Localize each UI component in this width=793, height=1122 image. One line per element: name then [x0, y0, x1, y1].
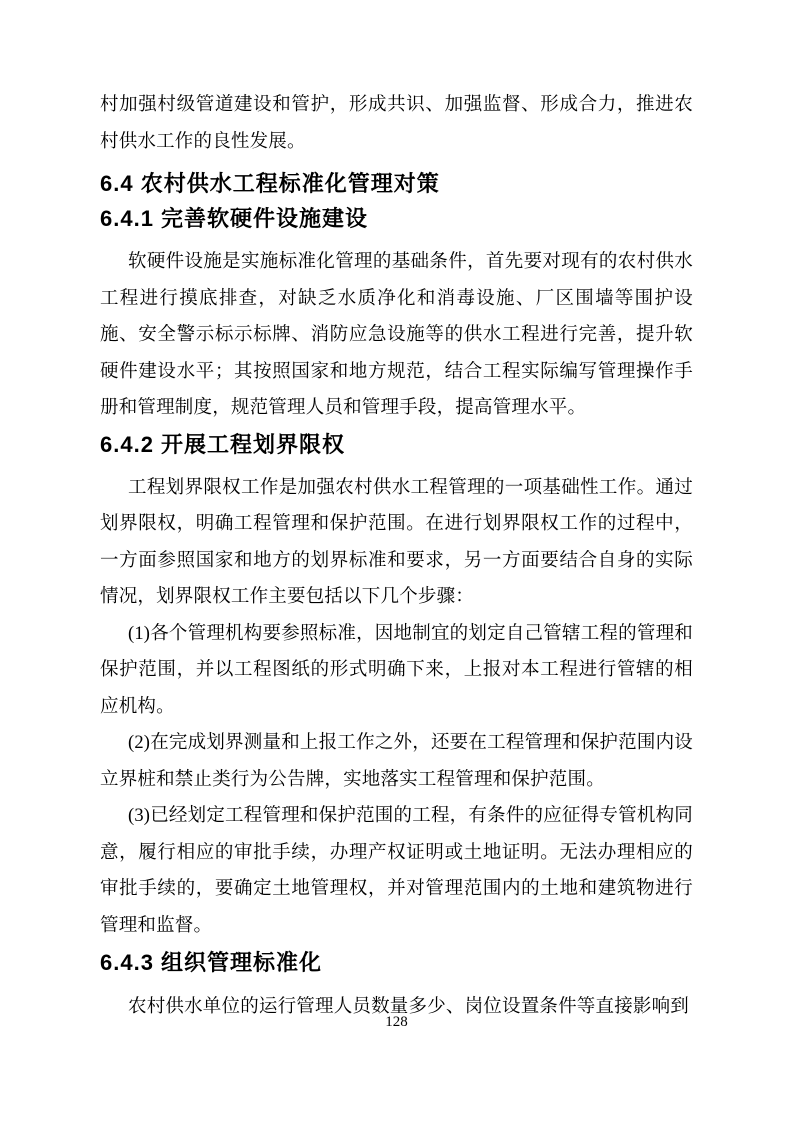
section-heading-6-4-1: 6.4.1 完善软硬件设施建设: [100, 201, 693, 236]
continuation-paragraph: 村加强村级管道建设和管护，形成共识、加强监督、形成合力，推进农村供水工作的良性发…: [100, 87, 693, 160]
page-content: 村加强村级管道建设和管护，形成共识、加强监督、形成合力，推进农村供水工作的良性发…: [0, 0, 793, 1026]
section-6-4-2-step-1: (1)各个管理机构要参照标准，因地制宜的划定自己管辖工程的管理和保护范围，并以工…: [100, 616, 693, 726]
chapter-heading-6-4: 6.4 农村供水工程标准化管理对策: [100, 166, 693, 201]
section-heading-6-4-2: 6.4.2 开展工程划界限权: [100, 427, 693, 462]
section-heading-6-4-3: 6.4.3 组织管理标准化: [100, 945, 693, 980]
section-6-4-2-step-2: (2)在完成划界测量和上报工作之外，还要在工程管理和保护范围内设立界桩和禁止类行…: [100, 725, 693, 798]
section-6-4-2-intro-paragraph: 工程划界限权工作是加强农村供水工程管理的一项基础性工作。通过划界限权，明确工程管…: [100, 470, 693, 616]
section-6-4-1-paragraph: 软硬件设施是实施标准化管理的基础条件，首先要对现有的农村供水工程进行摸底排查，对…: [100, 244, 693, 427]
section-6-4-2-step-3: (3)已经划定工程管理和保护范围的工程，有条件的应征得专管机构同意，履行相应的审…: [100, 798, 693, 944]
page-number: 128: [0, 1014, 793, 1030]
document-page: 村加强村级管道建设和管护，形成共识、加强监督、形成合力，推进农村供水工作的良性发…: [0, 0, 793, 1122]
